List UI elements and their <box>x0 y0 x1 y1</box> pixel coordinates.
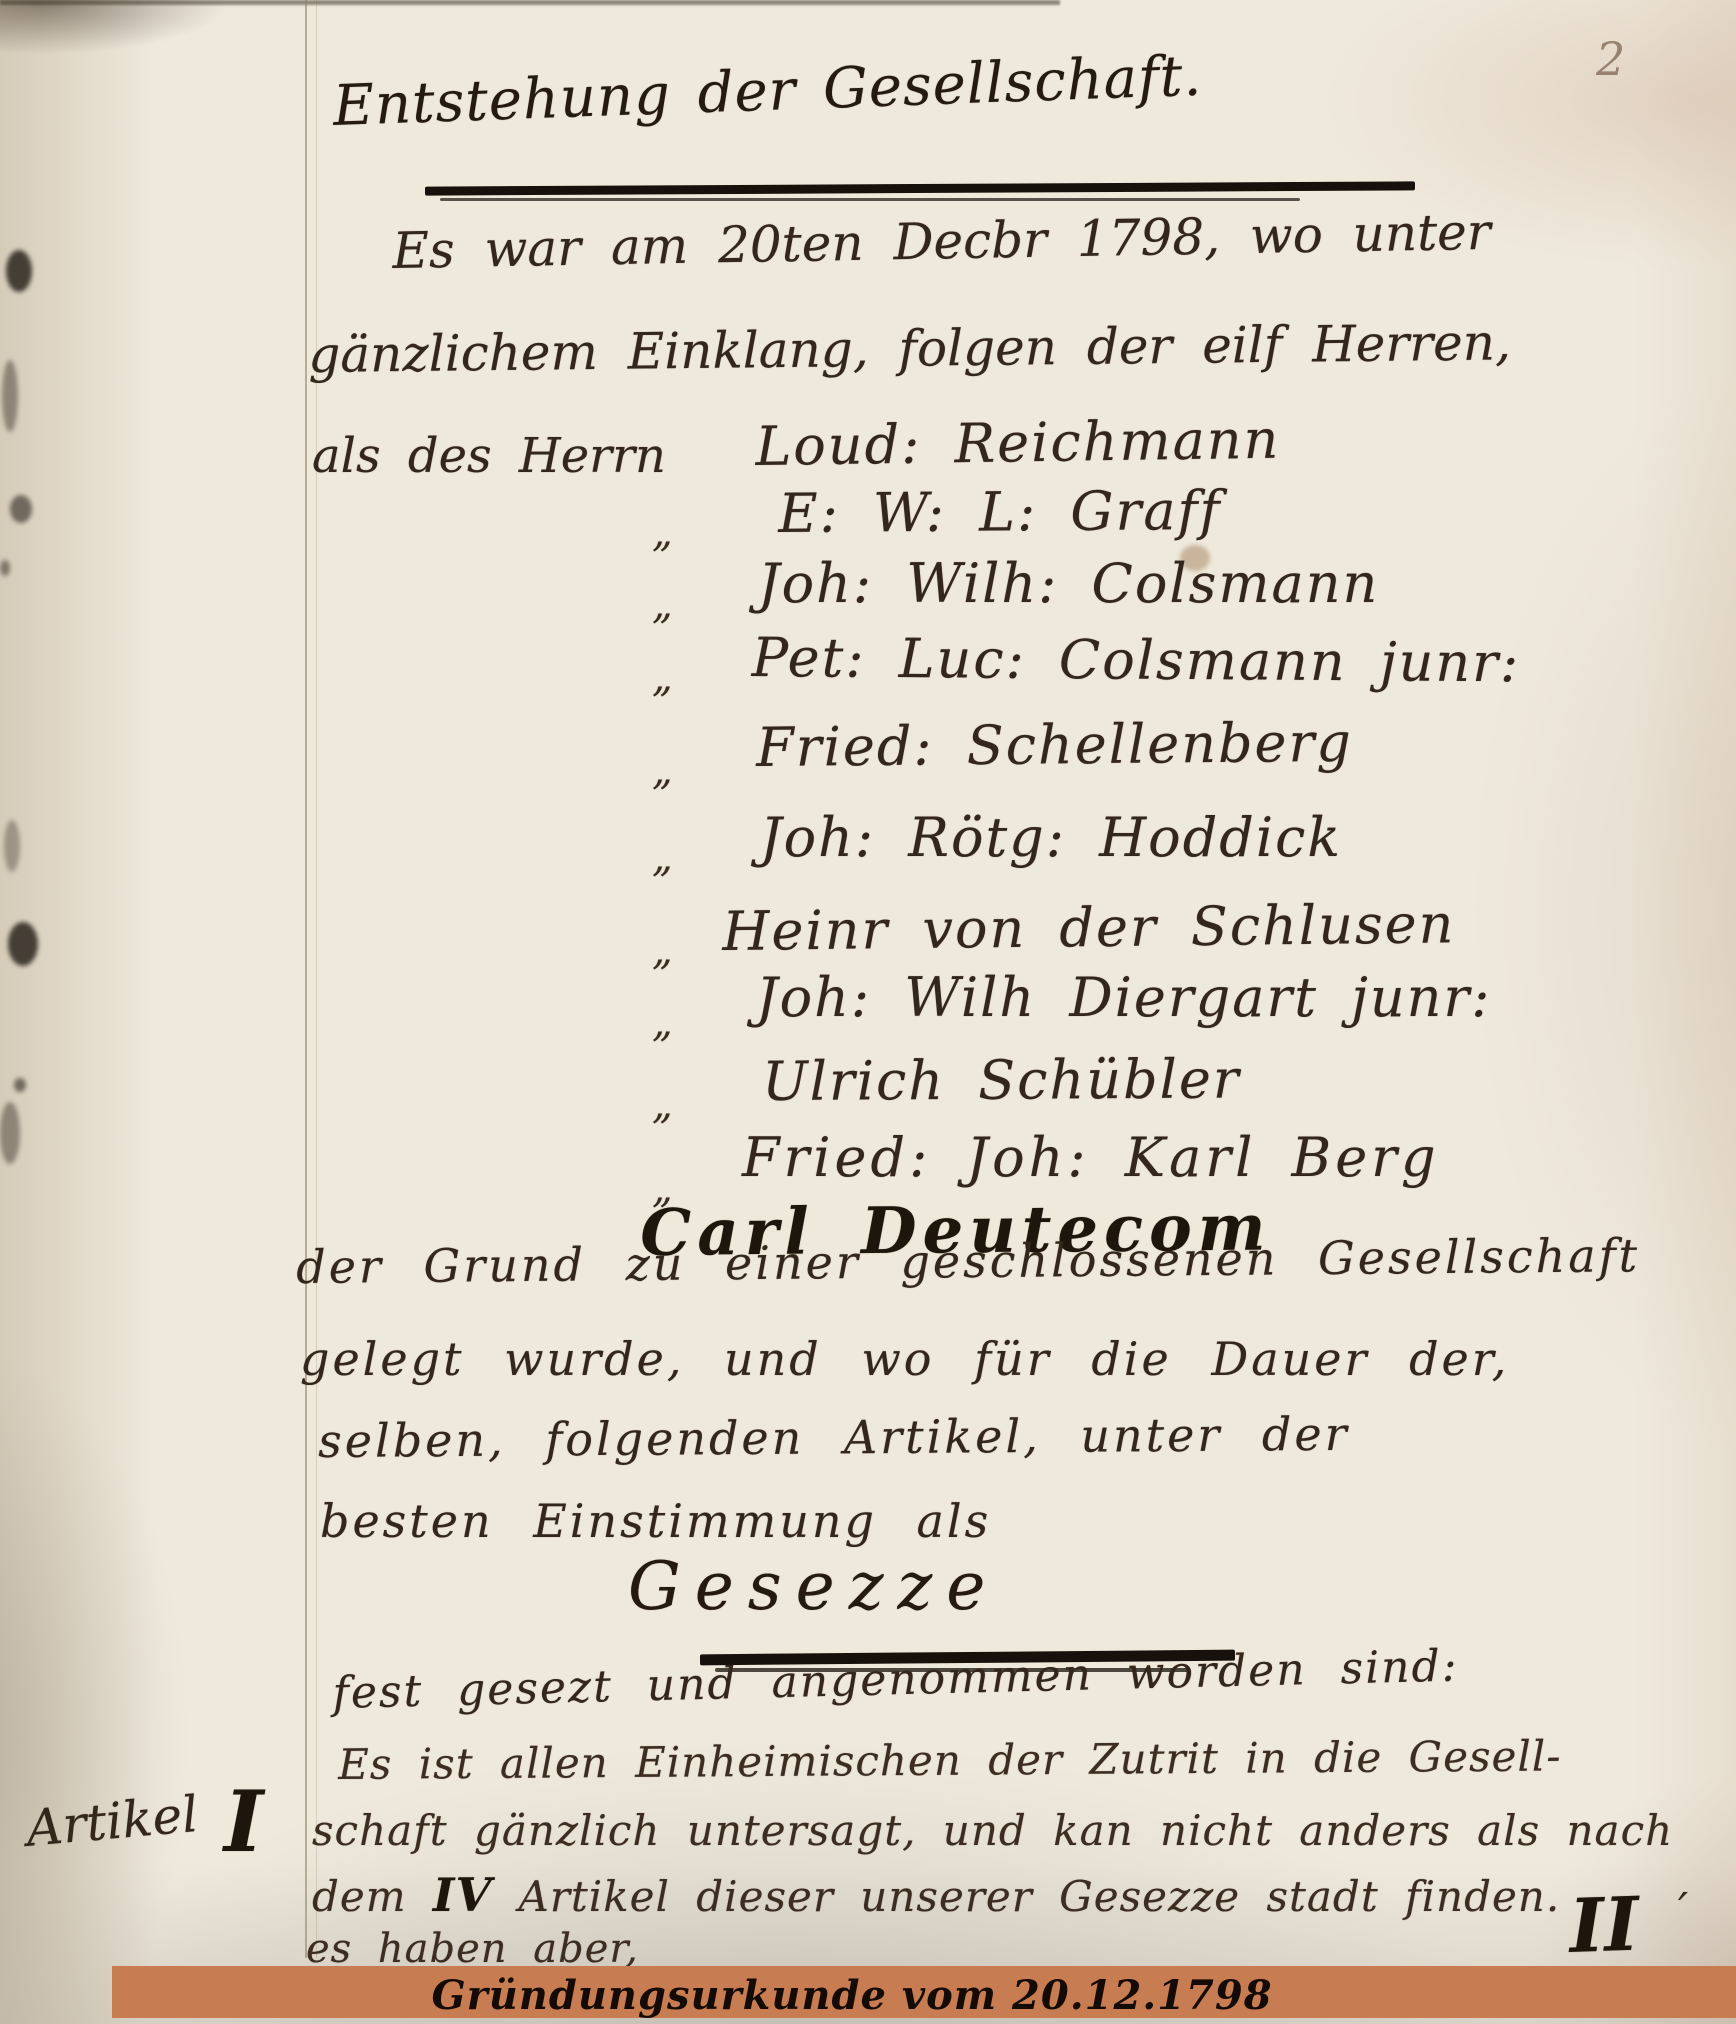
founder-name: E: W: L: Graff <box>778 479 1222 545</box>
names-label: als des Herrn <box>312 428 666 484</box>
founder-name: Joh: Wilh: Colsmann <box>758 552 1379 615</box>
scanned-document-page: 2 Entstehung der Gesellschaft. Es war am… <box>0 0 1736 2024</box>
article-numeral: I <box>224 1772 263 1871</box>
article-line-text: Artikel dieser unserer Gesezze stadt fin… <box>492 1872 1560 1921</box>
article-line-text: dem <box>312 1872 433 1921</box>
title-underline <box>425 181 1415 195</box>
founder-name: Heinr von der Schlusen <box>722 892 1456 963</box>
ink-blot <box>0 560 10 576</box>
ink-blot <box>4 820 20 872</box>
founder-name: Joh: Wilh Diergart junr: <box>756 966 1491 1029</box>
ink-blot <box>8 922 38 966</box>
margin-article-label: Artikel <box>24 1785 200 1858</box>
ink-blot <box>2 360 18 432</box>
article-line: dem IV Artikel dieser unserer Gesezze st… <box>312 1868 1560 1922</box>
ink-blot <box>14 1078 26 1092</box>
caption-text: Gründungsurkunde vom 20.12.1798 <box>40 1972 1664 2019</box>
body-line: besten Einstimmung als <box>320 1494 991 1548</box>
intro-line: Es war am 20ten Decbr 1798, wo unter <box>392 203 1491 280</box>
ditto-mark: „ <box>652 582 673 628</box>
ditto-mark: „ <box>652 928 673 974</box>
ditto-mark: „ <box>652 748 673 794</box>
article-roman-numeral: IV <box>433 1868 492 1922</box>
next-page-catchword: II <box>1568 1882 1640 1970</box>
ink-blot <box>0 1102 20 1164</box>
founder-name: Fried: Schellenberg <box>756 711 1353 779</box>
title-underline-2 <box>440 198 1300 201</box>
ditto-mark: „ <box>652 1000 673 1046</box>
body-line: der Grund zu einer geschlossenen Gesells… <box>296 1228 1640 1294</box>
ink-blot <box>6 250 32 292</box>
ditto-mark: „ <box>652 510 673 556</box>
laws-heading: Gesezze <box>628 1548 999 1625</box>
document-title: Entstehung der Gesellschaft. <box>332 44 1203 139</box>
article-line: schaft gänzlich untersagt, und kan nicht… <box>312 1806 1673 1855</box>
intro-line: gänzlichem Einklang, folgen der eilf Her… <box>308 313 1511 384</box>
article-line: Es ist allen Einheimischen der Zutrit in… <box>338 1731 1562 1789</box>
founder-name: Joh: Rötg: Hoddick <box>760 806 1342 869</box>
ditto-mark: „ <box>652 655 673 701</box>
body-line: selben, folgenden Artikel, unter der <box>318 1407 1350 1468</box>
ditto-mark: „ <box>652 1082 673 1128</box>
ditto-mark: „ <box>652 835 673 881</box>
page-number: 2 <box>1596 32 1625 86</box>
margin-rule <box>305 0 307 1958</box>
margin-rule-faint <box>316 0 317 1958</box>
founder-name: Pet: Luc: Colsmann junr: <box>752 626 1521 694</box>
founder-name: Fried: Joh: Karl Berg <box>742 1126 1440 1189</box>
catchword-tick: ′ <box>1678 1884 1688 1935</box>
founder-name: Ulrich Schübler <box>762 1047 1241 1113</box>
founder-name: Loud: Reichmann <box>755 408 1281 478</box>
ink-blot <box>10 495 32 523</box>
body-line: gelegt wurde, und wo für die Dauer der, <box>300 1332 1509 1386</box>
scan-edge-artifact <box>0 0 1060 5</box>
